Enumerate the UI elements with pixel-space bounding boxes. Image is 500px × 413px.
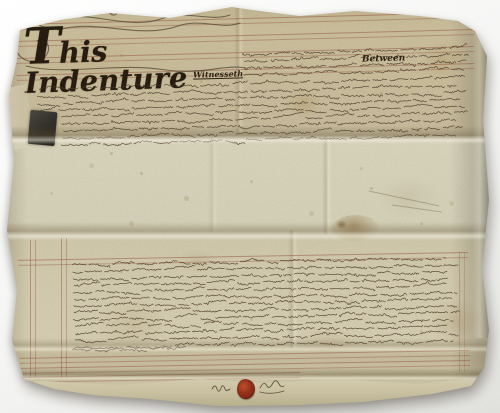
duty-stamp (28, 110, 58, 146)
document-shadow: This Indenture Between Witnesseth (0, 0, 500, 413)
emphasized-word-witnesseth: Witnesseth (193, 68, 243, 79)
handwriting-top-body-b (60, 102, 469, 157)
parchment-document: This Indenture Between Witnesseth (0, 0, 500, 413)
handwriting-closing-line (72, 344, 190, 361)
handwriting-bottom-body (72, 254, 459, 359)
signature-mark-right (258, 379, 286, 395)
photo-backdrop: This Indenture Between Witnesseth (0, 0, 500, 413)
signature-mark-left (211, 381, 231, 393)
emphasized-word-between: Between (362, 53, 405, 64)
script-layer (0, 0, 500, 413)
